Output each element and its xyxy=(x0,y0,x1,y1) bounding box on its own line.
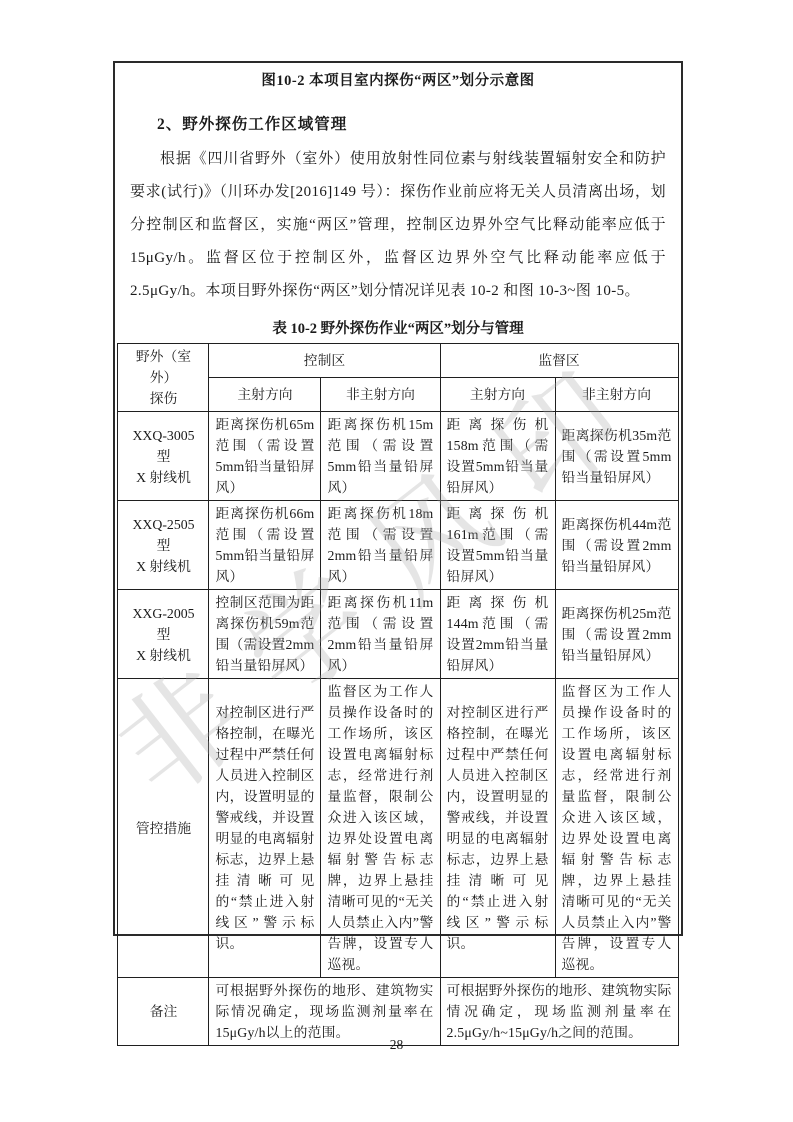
table-row-xxg2005: XXG-2005 型 X 射线机 控制区范围为距离探伤机59m范围（需设置2mm… xyxy=(118,590,678,679)
corner-header: 野外（室外） 探伤 xyxy=(118,344,209,412)
document-content-frame: 图10-2 本项目室内探伤“两区”划分示意图 2、野外探伤工作区域管理 根据《四… xyxy=(113,61,683,936)
figure-caption: 图10-2 本项目室内探伤“两区”划分示意图 xyxy=(115,69,681,90)
table-cell: 距离探伤机66m范围（需设置5mm铅当量铅屏风） xyxy=(209,501,321,590)
sub-header: 非主射方向 xyxy=(321,378,440,412)
table-cell: 距离探伤机144m范围（需设置2mm铅当量铅屏风） xyxy=(440,590,555,679)
table-row-measures: 管控措施 对控制区进行严格控制，在曝光过程中严禁任何人员进入控制区内，设置明显的… xyxy=(118,679,678,978)
table-row-xxq2505: XXQ-2505 型 X 射线机 距离探伤机66m范围（需设置5mm铅当量铅屏风… xyxy=(118,501,678,590)
body-paragraph: 根据《四川省野外（室外）使用放射性同位素与射线装置辐射安全和防护要求(试行)》（… xyxy=(130,143,666,308)
sub-header: 主射方向 xyxy=(209,378,321,412)
group-header-supervised-zone: 监督区 xyxy=(440,344,678,378)
page-number: 28 xyxy=(0,1037,793,1053)
table-cell: 距离探伤机11m范围（需设置2mm铅当量铅屏风） xyxy=(321,590,440,679)
table-cell: 对控制区进行严格控制，在曝光过程中严禁任何人员进入控制区内，设置明显的警戒线，并… xyxy=(440,679,555,978)
row-label: XXQ-3005 型 X 射线机 xyxy=(118,412,209,501)
table-cell: 可根据野外探伤的地形、建筑物实际情况确定，现场监测剂量率在2.5μGy/h~15… xyxy=(440,978,678,1046)
table-cell: 距离探伤机44m范围（需设置2mm铅当量铅屏风） xyxy=(555,501,678,590)
two-zone-table: 野外（室外） 探伤 控制区 监督区 主射方向 非主射方向 主射方向 非主射方向 … xyxy=(117,343,678,1046)
table-row-remark: 备注 可根据野外探伤的地形、建筑物实际情况确定，现场监测剂量率在15μGy/h以… xyxy=(118,978,678,1046)
table-cell: 距离探伤机18m范围（需设置2mm铅当量铅屏风） xyxy=(321,501,440,590)
table-cell: 监督区为工作人员操作设备时的工作场所，该区设置电离辐射标志，经常进行剂量监督，限… xyxy=(321,679,440,978)
table-cell: 距离探伤机35m范围（需设置5mm铅当量铅屏风） xyxy=(555,412,678,501)
table-row-xxq3005: XXQ-3005 型 X 射线机 距离探伤机65m范围（需设置5mm铅当量铅屏风… xyxy=(118,412,678,501)
row-label: 备注 xyxy=(118,978,209,1046)
sub-header: 非主射方向 xyxy=(555,378,678,412)
sub-header: 主射方向 xyxy=(440,378,555,412)
section-heading: 2、野外探伤工作区域管理 xyxy=(129,112,667,134)
table-cell: 距离探伤机25m范围（需设置2mm铅当量铅屏风） xyxy=(555,590,678,679)
table-cell: 可根据野外探伤的地形、建筑物实际情况确定，现场监测剂量率在15μGy/h以上的范… xyxy=(209,978,440,1046)
row-label: XXQ-2505 型 X 射线机 xyxy=(118,501,209,590)
table-title: 表 10-2 野外探伤作业“两区”划分与管理 xyxy=(115,317,681,338)
table-cell: 距离探伤机15m范围（需设置5mm铅当量铅屏风） xyxy=(321,412,440,501)
table-cell: 距离探伤机161m范围（需设置5mm铅当量铅屏风） xyxy=(440,501,555,590)
table-cell: 监督区为工作人员操作设备时的工作场所，该区设置电离辐射标志，经常进行剂量监督，限… xyxy=(555,679,678,978)
table-cell: 对控制区进行严格控制，在曝光过程中严禁任何人员进入控制区内，设置明显的警戒线，并… xyxy=(209,679,321,978)
table-cell: 控制区范围为距离探伤机59m范围（需设置2mm铅当量铅屏风） xyxy=(209,590,321,679)
row-label: 管控措施 xyxy=(118,679,209,978)
row-label: XXG-2005 型 X 射线机 xyxy=(118,590,209,679)
group-header-control-zone: 控制区 xyxy=(209,344,440,378)
table-cell: 距离探伤机65m范围（需设置5mm铅当量铅屏风） xyxy=(209,412,321,501)
table-cell: 距离探伤机158m范围（需设置5mm铅当量铅屏风） xyxy=(440,412,555,501)
